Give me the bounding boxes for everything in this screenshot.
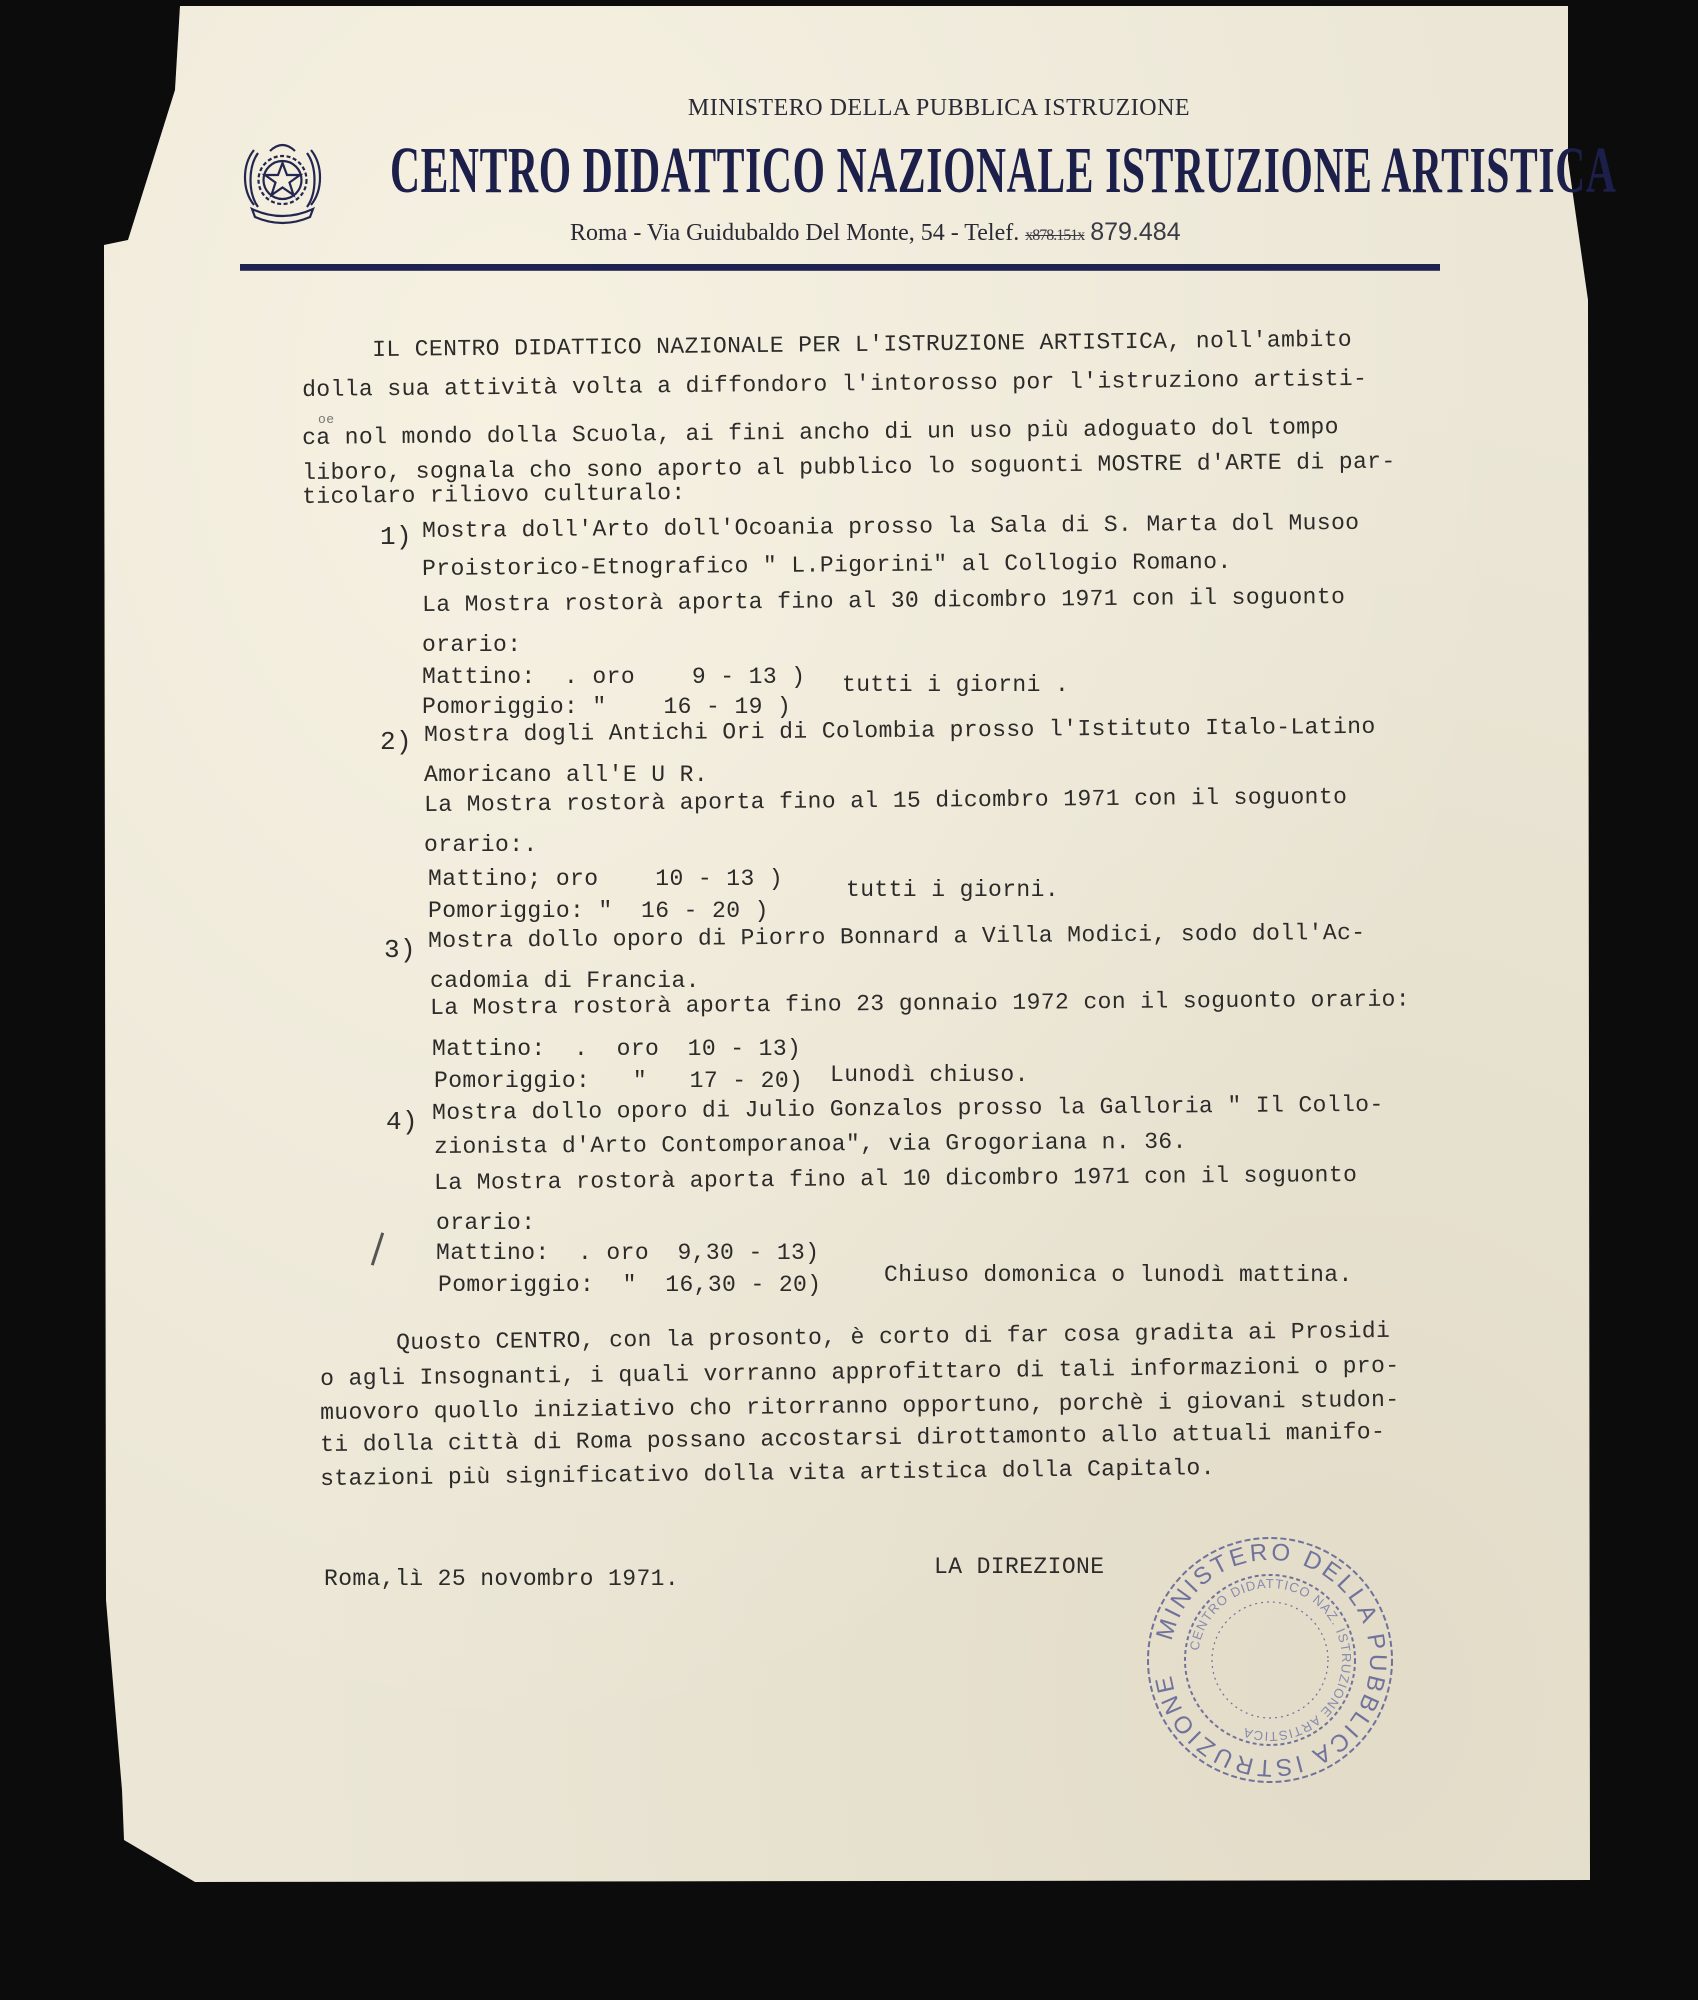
official-stamp-icon: MINISTERO DELLA PUBBLICA ISTRUZIONE CENT… xyxy=(1140,1530,1400,1790)
struck-phone: x878.151x xyxy=(1025,227,1084,244)
exhibition-3-morning-hours: Mattino: . oro 10 - 13) xyxy=(432,1036,801,1062)
exhibition-3-note: Lunodì chiuso. xyxy=(830,1062,1029,1088)
exhibition-3-number: 3) xyxy=(384,935,416,965)
exhibition-3-line-2: cadomia di Francia. xyxy=(430,968,700,994)
exhibition-1-afternoon-hours: Pomoriggio: " 16 - 19 ) xyxy=(422,694,791,720)
address-text: Roma - Via Guidubaldo Del Monte, 54 - Te… xyxy=(570,220,1025,246)
address-line: Roma - Via Guidubaldo Del Monte, 54 - Te… xyxy=(570,218,1181,247)
exhibition-2-note: tutti i giorni. xyxy=(846,877,1059,903)
exhibition-4-line-4: orario: xyxy=(436,1210,535,1236)
exhibition-2-line-4: orario:. xyxy=(424,832,538,858)
phone-number: 879.484 xyxy=(1090,218,1180,246)
letterhead-rule xyxy=(240,264,1440,271)
exhibition-2-afternoon-hours: Pomoriggio: " 16 - 20 ) xyxy=(428,898,769,924)
exhibition-2-number: 2) xyxy=(380,727,412,757)
letter-date: Roma,lì 25 novombro 1971. xyxy=(324,1566,679,1592)
intro-line-5: ticolaro riliovo culturalo: xyxy=(302,480,686,510)
exhibition-4-note: Chiuso domonica o lunodì mattina. xyxy=(884,1262,1353,1288)
exhibition-2-line-2: Amoricano all'E U R. xyxy=(424,762,708,788)
italian-republic-emblem-icon xyxy=(240,135,325,231)
exhibition-1-number: 1) xyxy=(380,522,412,552)
exhibition-4-line-2: zionista d'Arto Contomporanoa", via Grog… xyxy=(434,1129,1187,1160)
exhibition-1-note: tutti i giorni . xyxy=(842,672,1069,698)
signature-block: LA DIREZIONE xyxy=(934,1554,1104,1580)
ministry-header: MINISTERO DELLA PUBBLICA ISTRUZIONE xyxy=(0,95,1698,122)
exhibition-4-morning-hours: Mattino: . oro 9,30 - 13) xyxy=(436,1240,819,1266)
exhibition-4-number: 4) xyxy=(386,1107,418,1137)
exhibition-4-afternoon-hours: Pomoriggio: " 16,30 - 20) xyxy=(438,1272,821,1298)
institution-title: CENTRO DIDATTICO NAZIONALE ISTRUZIONE AR… xyxy=(390,133,1617,209)
exhibition-1-morning-hours: Mattino: . oro 9 - 13 ) xyxy=(422,664,805,690)
exhibition-3-afternoon-hours: Pomoriggio: " 17 - 20) xyxy=(434,1068,803,1094)
exhibition-2-morning-hours: Mattino; oro 10 - 13 ) xyxy=(428,866,783,892)
exhibition-1-line-4: orario: xyxy=(422,632,521,658)
